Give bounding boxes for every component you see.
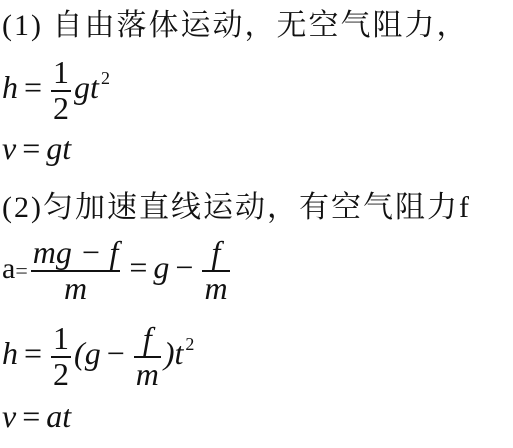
var-g: g [153,249,169,285]
equation-resisted-velocity: v=at [2,398,71,435]
var-h: h [2,69,18,105]
minus-sign: − [107,335,125,371]
section1-heading: (1) 自由落体运动，无空气阻力， [2,0,468,44]
equals-sign: = [24,69,42,105]
term-gt: gt [46,130,71,166]
equation-resisted-height: h=12(g−fm)t2 [2,322,194,391]
equation-acceleration: a=mg − fm=g−fm [2,236,233,305]
equation-free-fall-height: h=12gt2 [2,56,110,125]
equals-sign: = [22,398,40,434]
term-at: at [46,398,71,434]
equals-sign: = [129,249,147,285]
paren-close-t: )t [164,335,184,371]
equation-free-fall-velocity: v=gt [2,130,71,167]
var-h: h [2,335,18,371]
equals-sign: = [15,258,27,283]
var-v: v [2,398,16,434]
fraction-half: 12 [51,56,71,125]
section2-heading: (2)匀加速直线运动，有空气阻力f [2,182,471,226]
paren-open-g: (g [74,335,101,371]
minus-sign: − [175,249,193,285]
term-gt: gt [74,69,99,105]
fraction-f-over-m: fm [202,236,229,305]
var-v: v [2,130,16,166]
var-a: a [2,252,15,285]
fraction-f-over-m: fm [134,322,161,391]
equals-sign: = [24,335,42,371]
fraction-half: 12 [51,322,71,391]
fraction-mg-minus-f-over-m: mg − fm [31,236,121,305]
exponent: 2 [101,68,110,88]
exponent: 2 [185,334,194,354]
equals-sign: = [22,130,40,166]
